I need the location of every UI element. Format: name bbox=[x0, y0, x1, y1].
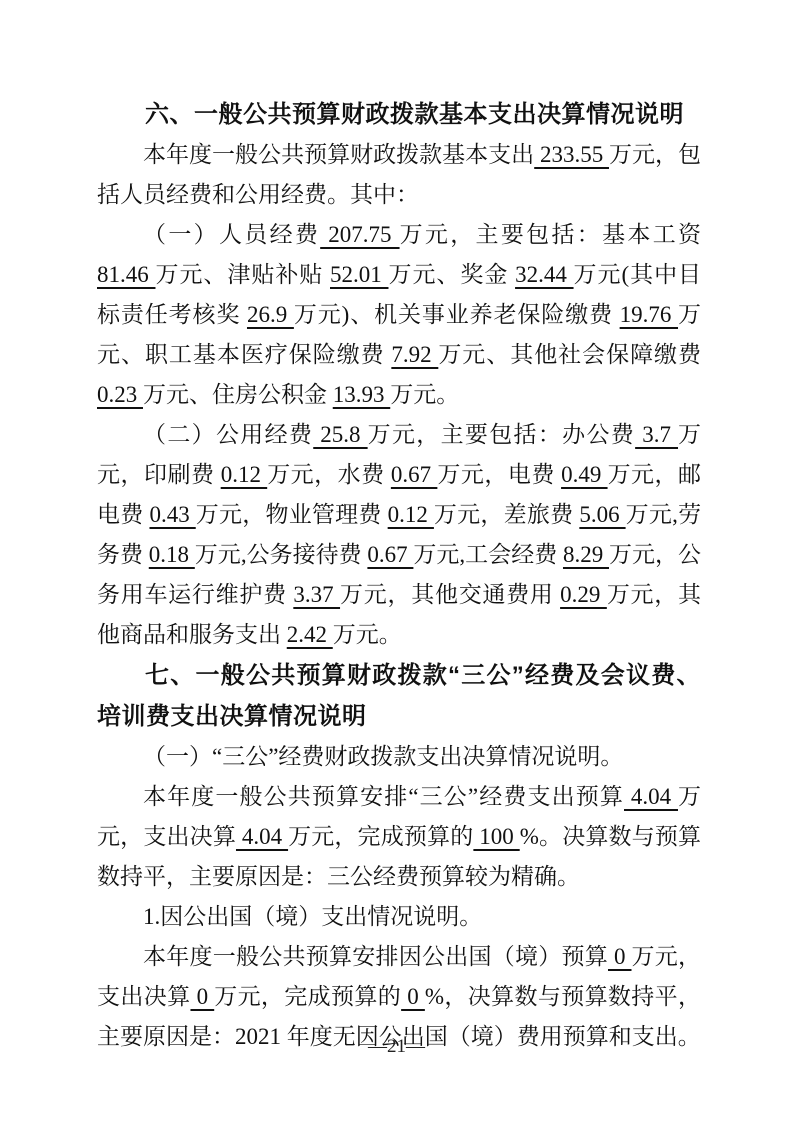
text-run: 万元。 bbox=[333, 622, 402, 647]
underlined-value: 0.23 bbox=[97, 382, 143, 407]
page-number: —21— bbox=[0, 1036, 793, 1058]
underlined-value: 52.01 bbox=[330, 262, 388, 287]
text-run: 万元、住房公积金 bbox=[143, 382, 333, 407]
underlined-value: 0.43 bbox=[149, 502, 195, 527]
para-sangong-budget: 本年度一般公共预算安排“三公”经费支出预算 4.04 万元，支出决算 4.04 … bbox=[97, 777, 701, 897]
text-run: 万元)、机关事业养老保险缴费 bbox=[294, 302, 620, 327]
text-run: 万元，其他交通费用 bbox=[340, 582, 560, 607]
text-run: （二）公用经费 bbox=[143, 422, 313, 447]
text-run: 万元、津贴补贴 bbox=[155, 262, 330, 287]
para-basic-expenditure: 本年度一般公共预算财政拨款基本支出 233.55 万元，包括人员经费和公用经费。… bbox=[97, 135, 701, 215]
text-run: 本年度一般公共预算安排因公出国（境）预算 bbox=[143, 944, 608, 969]
underlined-value: 233.55 bbox=[534, 142, 609, 167]
text-run: 万元、其他社会保障缴费 bbox=[438, 342, 701, 367]
text-run: 万元，水费 bbox=[267, 462, 391, 487]
underlined-value: 0.12 bbox=[388, 502, 434, 527]
text-run: 万元,公务接待费 bbox=[195, 542, 368, 567]
text-run: 万元,工会经费 bbox=[413, 542, 563, 567]
underlined-value: 0.12 bbox=[221, 462, 268, 487]
underlined-value: 13.93 bbox=[333, 382, 391, 407]
underlined-value: 4.04 bbox=[624, 784, 678, 809]
section-6-heading: 六、一般公共预算财政拨款基本支出决算情况说明 bbox=[97, 94, 701, 135]
underlined-value: 0.67 bbox=[391, 462, 438, 487]
text-run: 万元，差旅费 bbox=[434, 502, 579, 527]
underlined-value: 25.8 bbox=[313, 422, 367, 447]
underlined-value: 32.44 bbox=[515, 262, 573, 287]
text-run: 万元，完成预算的 bbox=[214, 984, 401, 1009]
text-run: 万元。 bbox=[390, 382, 459, 407]
underlined-value: 3.7 bbox=[635, 422, 678, 447]
text-run: 万元、奖金 bbox=[388, 262, 515, 287]
underlined-value: 2.42 bbox=[287, 622, 333, 647]
text-run: 万元，完成预算的 bbox=[288, 824, 473, 849]
underlined-value: 0 bbox=[190, 984, 214, 1009]
text-run: 本年度一般公共预算财政拨款基本支出 bbox=[143, 142, 534, 167]
text-run: 万元，电费 bbox=[437, 462, 561, 487]
text-run: 万元，物业管理费 bbox=[196, 502, 388, 527]
text-run: 万元，主要包括：基本工资 bbox=[400, 222, 701, 247]
underlined-value: 0 bbox=[401, 984, 425, 1009]
underlined-value: 0.67 bbox=[367, 542, 413, 567]
text-run: 万元，主要包括：办公费 bbox=[368, 422, 636, 447]
text-run: 六、一般公共预算财政拨款基本支出决算情况说明 bbox=[145, 101, 684, 128]
underlined-value: 0.18 bbox=[149, 542, 195, 567]
underlined-value: 19.76 bbox=[620, 302, 678, 327]
text-run: 七、一般公共预算财政拨款“三公”经费及会议费、培训费支出决算情况说明 bbox=[97, 662, 701, 730]
document-body: 六、一般公共预算财政拨款基本支出决算情况说明本年度一般公共预算财政拨款基本支出 … bbox=[97, 94, 701, 1057]
underlined-value: 26.9 bbox=[247, 302, 294, 327]
subhead-abroad: 1.因公出国（境）支出情况说明。 bbox=[97, 897, 701, 937]
text-run: 1.因公出国（境）支出情况说明。 bbox=[143, 904, 482, 929]
underlined-value: 7.92 bbox=[391, 342, 438, 367]
underlined-value: 8.29 bbox=[563, 542, 609, 567]
text-run: （一）“三公”经费财政拨款支出决算情况说明。 bbox=[143, 744, 623, 769]
underlined-value: 0.29 bbox=[560, 582, 607, 607]
underlined-value: 100 bbox=[473, 824, 519, 849]
para-public-funds: （二）公用经费 25.8 万元，主要包括：办公费 3.7 万元，印刷费 0.12… bbox=[97, 415, 701, 655]
para-sangong-intro: （一）“三公”经费财政拨款支出决算情况说明。 bbox=[97, 737, 701, 777]
document-page: 六、一般公共预算财政拨款基本支出决算情况说明本年度一般公共预算财政拨款基本支出 … bbox=[0, 0, 793, 1122]
underlined-value: 3.37 bbox=[293, 582, 340, 607]
underlined-value: 5.06 bbox=[579, 502, 625, 527]
section-7-heading: 七、一般公共预算财政拨款“三公”经费及会议费、培训费支出决算情况说明 bbox=[97, 655, 701, 737]
text-run: 本年度一般公共预算安排“三公”经费支出预算 bbox=[143, 784, 624, 809]
para-personnel-funds: （一）人员经费 207.75 万元，主要包括：基本工资 81.46 万元、津贴补… bbox=[97, 215, 701, 415]
underlined-value: 207.75 bbox=[320, 222, 399, 247]
underlined-value: 0.49 bbox=[561, 462, 608, 487]
text-run: （一）人员经费 bbox=[143, 222, 320, 247]
underlined-value: 4.04 bbox=[236, 824, 288, 849]
underlined-value: 81.46 bbox=[97, 262, 155, 287]
underlined-value: 0 bbox=[608, 944, 632, 969]
